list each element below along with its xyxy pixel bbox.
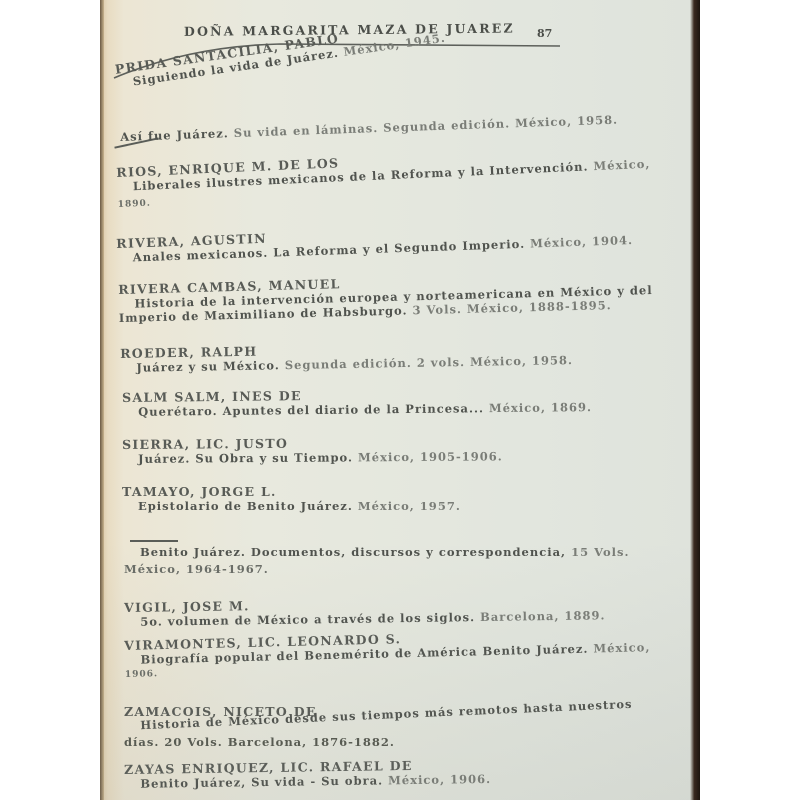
bibliography-entry: VIGIL, JOSE M. 5o. volumen de México a t… — [124, 593, 606, 629]
entry-title: Benito Juárez. Documentos, discursos y c… — [140, 545, 566, 559]
bibliography-entry: Benito Juárez. Documentos, discursos y c… — [124, 545, 629, 576]
entry-imprint: Barcelona, 1889. — [480, 608, 606, 624]
entry-title: Epistolario de Benito Juárez. — [138, 499, 353, 513]
bibliography-entry: SALM SALM, INES DE Querétaro. Apuntes de… — [122, 385, 592, 419]
bibliography-entry: RIVERA CAMBAS, MANUEL Historia de la int… — [118, 268, 653, 325]
entry-imprint: México, 1906. — [388, 772, 491, 787]
entry-work: Epistolario de Benito Juárez. México, 19… — [122, 499, 461, 513]
entry-work: Benito Juárez. Documentos, discursos y c… — [124, 545, 629, 559]
entry-title: Juárez. Su Obra y su Tiempo. — [138, 450, 353, 465]
bibliography-entry: Así fue Juárez. Su vida en láminas. Segu… — [120, 113, 618, 144]
repeat-author-rule — [130, 540, 178, 542]
entry-title: Así fue Juárez. — [120, 126, 229, 144]
entry-author: TAMAYO, JORGE L. — [122, 484, 461, 499]
entry-imprint: México, 1869. — [489, 400, 592, 415]
entry-imprint: 15 Vols. — [571, 545, 629, 559]
bibliography-entry: TAMAYO, JORGE L. Epistolario de Benito J… — [122, 484, 461, 513]
entry-title: Querétaro. Apuntes del diario de la Prin… — [138, 401, 484, 419]
bibliography-entry: SIERRA, LIC. JUSTO Juárez. Su Obra y su … — [122, 434, 503, 466]
bibliography-entry: VIRAMONTES, LIC. LEONARDO S. Biografía p… — [124, 625, 651, 680]
entry-imprint: México, — [593, 640, 650, 655]
book-page: DOÑA MARGARITA MAZA DE JUAREZ 87 PRIDA S… — [100, 0, 700, 800]
entry-imprint: México, — [593, 157, 651, 173]
entry-continuation: días. 20 Vols. Barcelona, 1876-1882. — [124, 735, 633, 749]
bibliography-entry: ZAYAS ENRIQUEZ, LIC. RAFAEL DE Benito Ju… — [124, 757, 491, 791]
entry-work: Así fue Juárez. Su vida en láminas. Segu… — [120, 113, 618, 144]
bibliography-entry: ROEDER, RALPH Juárez y su México. Segund… — [120, 338, 573, 375]
entry-title: Juárez y su México. — [136, 358, 280, 375]
entry-imprint: México, 1957. — [358, 499, 461, 513]
entry-title: Benito Juárez, Su vida - Su obra. — [140, 773, 383, 790]
entry-imprint: México, 1905-1906. — [358, 449, 503, 464]
entry-work: Juárez. Su Obra y su Tiempo. México, 190… — [122, 449, 503, 466]
page-gutter-edge — [100, 0, 104, 800]
entry-imprint: Su vida en láminas. Segunda edición. Méx… — [234, 113, 619, 140]
entry-continuation: México, 1964-1967. — [124, 562, 629, 576]
bibliography-entry: RIOS, ENRIQUE M. DE LOS Liberales ilustr… — [116, 142, 651, 210]
entry-imprint: México, 1904. — [530, 233, 633, 251]
bibliography-entry: RIVERA, AGUSTIN Anales mexicanos. La Ref… — [116, 218, 633, 265]
bibliography-entry: ZAMACOIS, NICETO DE Historia de México d… — [124, 704, 633, 749]
